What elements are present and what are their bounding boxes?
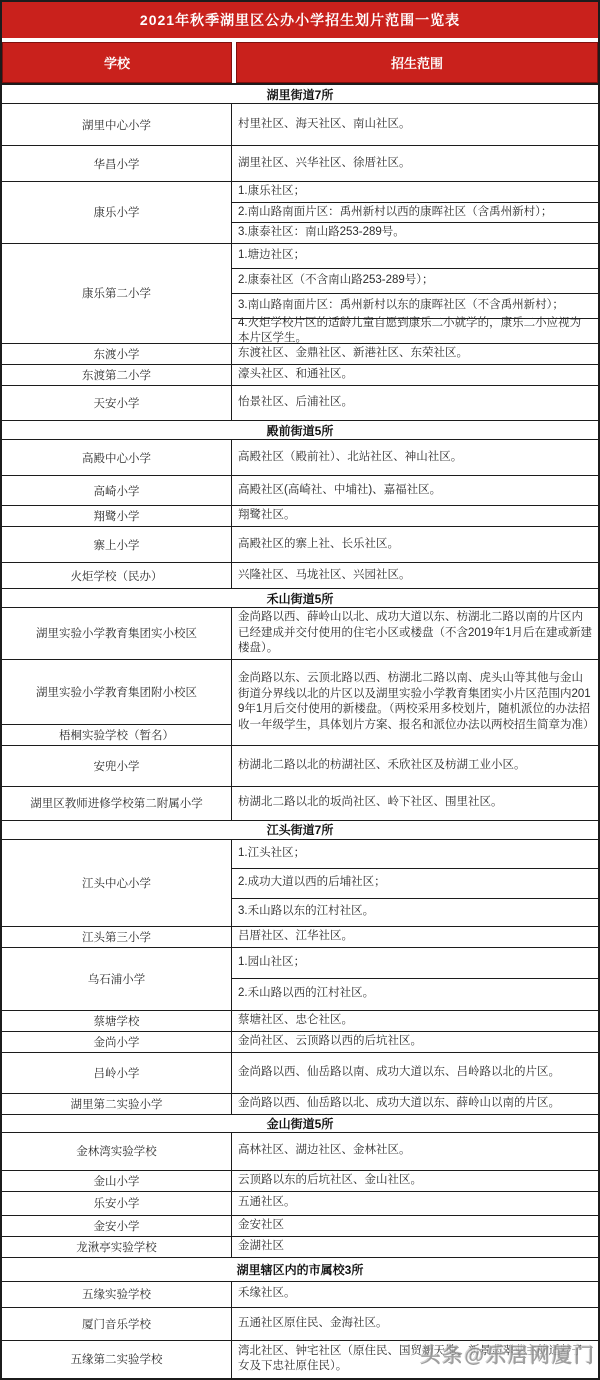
range-item: 高殿社区的寨上社、长乐社区。 xyxy=(232,527,598,562)
range-item: 濠头社区、和通社区。 xyxy=(232,365,598,385)
school-cell: 乌石浦小学 xyxy=(2,948,232,1010)
range-cell: 怡景社区、后浦社区。 xyxy=(232,386,598,420)
school-cell: 湖里实验小学教育集团附小校区梧桐实验学校（暂名） xyxy=(2,660,232,745)
school-cell: 东渡第二小学 xyxy=(2,365,232,385)
range-item: 1.江头社区； xyxy=(232,840,598,868)
table-row: 湖里实验小学教育集团实小校区金尚路以西、薛岭山以北、成功大道以东、枋湖北二路以南… xyxy=(2,608,598,660)
table-row: 厦门音乐学校五通社区原住民、金海社区。 xyxy=(2,1308,598,1341)
table-row: 金安小学金安社区 xyxy=(2,1216,598,1237)
school-cell: 龙湫亭实验学校 xyxy=(2,1237,232,1257)
table-row: 寨上小学高殿社区的寨上社、长乐社区。 xyxy=(2,527,598,563)
range-item: 1.塘边社区； xyxy=(232,244,598,268)
table-row: 湖里实验小学教育集团附小校区梧桐实验学校（暂名）金尚路以东、云顶北路以西、枋湖北… xyxy=(2,660,598,746)
range-cell: 枋湖北二路以北的枋湖社区、禾欣社区及枋湖工业小区。 xyxy=(232,746,598,786)
range-item: 枋湖北二路以北的枋湖社区、禾欣社区及枋湖工业小区。 xyxy=(232,746,598,786)
range-item: 3.南山路南面片区：禹州新村以东的康晖社区（不含禹州新村）； xyxy=(232,293,598,318)
range-item: 高林社区、湖边社区、金林社区。 xyxy=(232,1133,598,1170)
range-item: 五通社区原住民、金海社区。 xyxy=(232,1308,598,1340)
range-cell: 高林社区、湖边社区、金林社区。 xyxy=(232,1133,598,1170)
school-cell: 高殿中心小学 xyxy=(2,440,232,475)
table-row: 金林湾实验学校高林社区、湖边社区、金林社区。 xyxy=(2,1133,598,1171)
school-cell: 高崎小学 xyxy=(2,476,232,505)
range-item: 吕厝社区、江华社区。 xyxy=(232,927,598,947)
table-row: 东渡小学东渡社区、金鼎社区、新港社区、东荣社区。 xyxy=(2,344,598,365)
column-header-school: 学校 xyxy=(2,42,232,83)
school-cell: 五缘第二实验学校 xyxy=(2,1341,232,1378)
street-section-header: 金山街道5所 xyxy=(2,1115,598,1133)
range-item: 兴隆社区、马垅社区、兴园社区。 xyxy=(232,563,598,588)
table-row: 吕岭小学金尚路以西、仙岳路以南、成功大道以东、吕岭路以北的片区。 xyxy=(2,1053,598,1094)
school-cell: 湖里实验小学教育集团实小校区 xyxy=(2,608,232,659)
table-row: 翔鹭小学翔鹭社区。 xyxy=(2,506,598,527)
range-item: 4.火炬学校片区的适龄儿童自愿到康乐二小就学的，康乐二小应视为本片区学生。 xyxy=(232,318,598,343)
street-section-header: 湖里街道7所 xyxy=(2,85,598,104)
range-item: 2.康泰社区（不含南山路253-289号）； xyxy=(232,268,598,293)
street-section-header: 禾山街道5所 xyxy=(2,589,598,608)
range-cell: 东渡社区、金鼎社区、新港社区、东荣社区。 xyxy=(232,344,598,364)
school-cell: 蔡塘学校 xyxy=(2,1011,232,1031)
table-row: 湖里区教师进修学校第二附属小学枋湖北二路以北的坂尚社区、岭下社区、围里社区。 xyxy=(2,787,598,821)
table-row: 江头第三小学吕厝社区、江华社区。 xyxy=(2,927,598,948)
range-item: 2.禾山路以西的江村社区。 xyxy=(232,978,598,1010)
school-cell: 翔鹭小学 xyxy=(2,506,232,526)
range-cell: 高殿社区（殿前社）、北站社区、神山社区。 xyxy=(232,440,598,475)
school-name: 梧桐实验学校（暂名） xyxy=(2,724,231,745)
range-cell: 枋湖北二路以北的坂尚社区、岭下社区、围里社区。 xyxy=(232,787,598,820)
range-item: 枋湖北二路以北的坂尚社区、岭下社区、围里社区。 xyxy=(232,787,598,820)
school-cell: 江头第三小学 xyxy=(2,927,232,947)
school-cell: 湖里区教师进修学校第二附属小学 xyxy=(2,787,232,820)
enrollment-table: 2021年秋季湖里区公办小学招生划片范围一览表 学校 招生范围 湖里街道7所湖里… xyxy=(0,0,600,1380)
table-row: 龙湫亭实验学校金湖社区 xyxy=(2,1237,598,1258)
range-item: 蔡塘社区、忠仑社区。 xyxy=(232,1011,598,1031)
table-row: 乌石浦小学1.园山社区；2.禾山路以西的江村社区。 xyxy=(2,948,598,1011)
range-cell: 金安社区 xyxy=(232,1216,598,1236)
school-cell: 湖里第二实验小学 xyxy=(2,1094,232,1114)
table-row: 高崎小学高殿社区(高崎社、中埔社)、嘉福社区。 xyxy=(2,476,598,506)
table-row: 康乐小学1.康乐社区；2.南山路南面片区：禹州新村以西的康晖社区（含禹州新村）；… xyxy=(2,182,598,244)
table-row: 天安小学怡景社区、后浦社区。 xyxy=(2,386,598,421)
range-item: 高殿社区（殿前社）、北站社区、神山社区。 xyxy=(232,440,598,475)
school-cell: 金林湾实验学校 xyxy=(2,1133,232,1170)
range-cell: 兴隆社区、马垅社区、兴园社区。 xyxy=(232,563,598,588)
range-item: 1.园山社区； xyxy=(232,948,598,978)
range-item: 怡景社区、后浦社区。 xyxy=(232,386,598,420)
range-cell: 翔鹭社区。 xyxy=(232,506,598,526)
range-cell: 五通社区。 xyxy=(232,1192,598,1215)
range-cell: 1.塘边社区；2.康泰社区（不含南山路253-289号）；3.南山路南面片区：禹… xyxy=(232,244,598,344)
range-cell: 吕厝社区、江华社区。 xyxy=(232,927,598,947)
table-row: 湖里第二实验小学金尚路以西、仙岳路以北、成功大道以东、薛岭山以南的片区。 xyxy=(2,1094,598,1115)
school-cell: 华昌小学 xyxy=(2,146,232,181)
range-item: 禾缘社区。 xyxy=(232,1282,598,1307)
school-cell: 寨上小学 xyxy=(2,527,232,562)
range-cell: 金尚社区、云顶路以西的后坑社区。 xyxy=(232,1032,598,1052)
table-row: 东渡第二小学濠头社区、和通社区。 xyxy=(2,365,598,386)
school-cell: 金山小学 xyxy=(2,1171,232,1191)
range-cell: 高殿社区(高崎社、中埔社)、嘉福社区。 xyxy=(232,476,598,505)
school-cell: 康乐第二小学 xyxy=(2,244,232,344)
range-cell: 金尚路以西、仙岳路以北、成功大道以东、薛岭山以南的片区。 xyxy=(232,1094,598,1114)
school-cell: 金安小学 xyxy=(2,1216,232,1236)
range-cell: 金尚路以东、云顶北路以西、枋湖北二路以南、虎头山等其他与金山街道分界线以北的片区… xyxy=(232,660,598,745)
range-cell: 1.康乐社区；2.南山路南面片区：禹州新村以西的康晖社区（含禹州新村）；3.康泰… xyxy=(232,182,598,243)
table-row: 金尚小学金尚社区、云顶路以西的后坑社区。 xyxy=(2,1032,598,1053)
range-cell: 1.江头社区；2.成功大道以西的后埔社区；3.禾山路以东的江村社区。 xyxy=(232,840,598,926)
range-item: 云顶路以东的后坑社区、金山社区。 xyxy=(232,1171,598,1191)
range-item: 金尚路以西、仙岳路以南、成功大道以东、吕岭路以北的片区。 xyxy=(232,1053,598,1093)
table-row: 金山小学云顶路以东的后坑社区、金山社区。 xyxy=(2,1171,598,1192)
school-cell: 厦门音乐学校 xyxy=(2,1308,232,1340)
range-item: 村里社区、海天社区、南山社区。 xyxy=(232,104,598,145)
school-cell: 东渡小学 xyxy=(2,344,232,364)
table-body: 湖里街道7所湖里中心小学村里社区、海天社区、南山社区。华昌小学湖里社区、兴华社区… xyxy=(2,83,598,1378)
range-cell: 蔡塘社区、忠仑社区。 xyxy=(232,1011,598,1031)
school-cell: 安兜小学 xyxy=(2,746,232,786)
page-title: 2021年秋季湖里区公办小学招生划片范围一览表 xyxy=(2,2,598,38)
range-item: 东渡社区、金鼎社区、新港社区、东荣社区。 xyxy=(232,344,598,364)
school-cell: 江头中心小学 xyxy=(2,840,232,926)
range-cell: 村里社区、海天社区、南山社区。 xyxy=(232,104,598,145)
table-row: 蔡塘学校蔡塘社区、忠仑社区。 xyxy=(2,1011,598,1032)
range-item: 湾北社区、钟宅社区（原住民、国贸新天地、新景翡翠业主的适龄子女及下忠社原住民）。 xyxy=(232,1341,598,1378)
table-row: 江头中心小学1.江头社区；2.成功大道以西的后埔社区；3.禾山路以东的江村社区。 xyxy=(2,840,598,927)
range-cell: 金尚路以西、薛岭山以北、成功大道以东、枋湖北二路以南的片区内已经建成并交付使用的… xyxy=(232,608,598,659)
range-item: 2.成功大道以西的后埔社区； xyxy=(232,868,598,898)
range-item: 翔鹭社区。 xyxy=(232,506,598,526)
range-cell: 濠头社区、和通社区。 xyxy=(232,365,598,385)
range-item: 金湖社区 xyxy=(232,1237,598,1257)
range-cell: 禾缘社区。 xyxy=(232,1282,598,1307)
range-cell: 1.园山社区；2.禾山路以西的江村社区。 xyxy=(232,948,598,1010)
school-cell: 金尚小学 xyxy=(2,1032,232,1052)
range-item: 金尚社区、云顶路以西的后坑社区。 xyxy=(232,1032,598,1052)
column-header-range: 招生范围 xyxy=(236,42,598,83)
school-cell: 吕岭小学 xyxy=(2,1053,232,1093)
range-cell: 高殿社区的寨上社、长乐社区。 xyxy=(232,527,598,562)
school-cell: 康乐小学 xyxy=(2,182,232,243)
range-cell: 金尚路以西、仙岳路以南、成功大道以东、吕岭路以北的片区。 xyxy=(232,1053,598,1093)
table-row: 火炬学校（民办）兴隆社区、马垅社区、兴园社区。 xyxy=(2,563,598,589)
range-item: 金尚路以西、薛岭山以北、成功大道以东、枋湖北二路以南的片区内已经建成并交付使用的… xyxy=(232,608,598,659)
range-item: 金尚路以东、云顶北路以西、枋湖北二路以南、虎头山等其他与金山街道分界线以北的片区… xyxy=(232,660,598,745)
table-row: 高殿中心小学高殿社区（殿前社）、北站社区、神山社区。 xyxy=(2,440,598,476)
range-cell: 金湖社区 xyxy=(232,1237,598,1257)
table-row: 乐安小学五通社区。 xyxy=(2,1192,598,1216)
table-row: 五缘第二实验学校湾北社区、钟宅社区（原住民、国贸新天地、新景翡翠业主的适龄子女及… xyxy=(2,1341,598,1378)
range-cell: 湾北社区、钟宅社区（原住民、国贸新天地、新景翡翠业主的适龄子女及下忠社原住民）。 xyxy=(232,1341,598,1378)
street-section-header: 殿前街道5所 xyxy=(2,421,598,440)
range-item: 3.康泰社区：南山路253-289号。 xyxy=(232,222,598,243)
street-section-header: 湖里辖区内的市属校3所 xyxy=(2,1258,598,1282)
column-header-row: 学校 招生范围 xyxy=(2,42,598,83)
range-item: 金安社区 xyxy=(232,1216,598,1236)
range-item: 2.南山路南面片区：禹州新村以西的康晖社区（含禹州新村）； xyxy=(232,202,598,223)
table-row: 湖里中心小学村里社区、海天社区、南山社区。 xyxy=(2,104,598,146)
range-item: 五通社区。 xyxy=(232,1192,598,1215)
street-section-header: 江头街道7所 xyxy=(2,821,598,840)
range-cell: 云顶路以东的后坑社区、金山社区。 xyxy=(232,1171,598,1191)
school-cell: 乐安小学 xyxy=(2,1192,232,1215)
table-row: 安兜小学枋湖北二路以北的枋湖社区、禾欣社区及枋湖工业小区。 xyxy=(2,746,598,787)
range-cell: 五通社区原住民、金海社区。 xyxy=(232,1308,598,1340)
range-item: 湖里社区、兴华社区、徐厝社区。 xyxy=(232,146,598,181)
school-name: 湖里实验小学教育集团附小校区 xyxy=(2,660,231,724)
school-cell: 火炬学校（民办） xyxy=(2,563,232,588)
table-row: 五缘实验学校禾缘社区。 xyxy=(2,1282,598,1308)
school-cell: 天安小学 xyxy=(2,386,232,420)
range-item: 3.禾山路以东的江村社区。 xyxy=(232,898,598,926)
table-row: 康乐第二小学1.塘边社区；2.康泰社区（不含南山路253-289号）；3.南山路… xyxy=(2,244,598,345)
range-item: 1.康乐社区； xyxy=(232,182,598,202)
range-cell: 湖里社区、兴华社区、徐厝社区。 xyxy=(232,146,598,181)
school-cell: 湖里中心小学 xyxy=(2,104,232,145)
school-cell: 五缘实验学校 xyxy=(2,1282,232,1307)
table-row: 华昌小学湖里社区、兴华社区、徐厝社区。 xyxy=(2,146,598,182)
range-item: 高殿社区(高崎社、中埔社)、嘉福社区。 xyxy=(232,476,598,505)
range-item: 金尚路以西、仙岳路以北、成功大道以东、薛岭山以南的片区。 xyxy=(232,1094,598,1114)
